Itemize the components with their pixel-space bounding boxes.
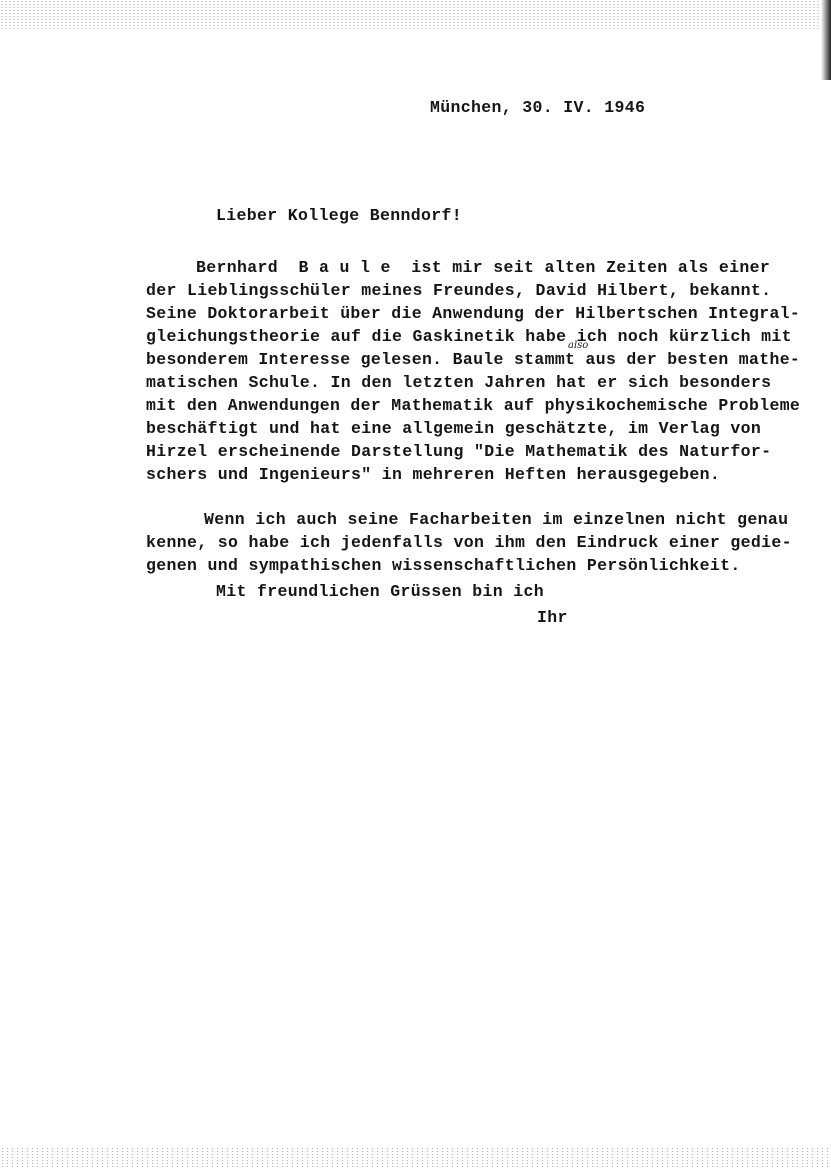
text-line: Seine Doktorarbeit über die Anwendung de… [146, 304, 800, 324]
text-line: Wenn ich auch seine Facharbeiten im einz… [204, 510, 788, 530]
signoff: Ihr [537, 608, 568, 628]
text-line: besonderem Interesse gelesen. Baule stam… [146, 350, 800, 370]
text-line: gleichungstheorie auf die Gaskinetik hab… [146, 327, 792, 347]
text-line: beschäftigt und hat eine allgemein gesch… [146, 419, 761, 439]
text-line: genen und sympathischen wissenschaftlich… [146, 556, 741, 576]
handwritten-correction: also [568, 340, 588, 351]
text-line: der Lieblingsschüler meines Freundes, Da… [146, 281, 771, 301]
closing: Mit freundlichen Grüssen bin ich [216, 582, 544, 602]
text-line: mit den Anwendungen der Mathematik auf p… [146, 396, 800, 416]
scan-noise-top [0, 0, 831, 30]
text-line: kenne, so habe ich jedenfalls von ihm de… [146, 533, 792, 553]
dateline: München, 30. IV. 1946 [430, 98, 645, 118]
text-line: Bernhard B a u l e ist mir seit alten Ze… [196, 258, 770, 278]
text-line: Hirzel erscheinende Darstellung "Die Mat… [146, 442, 771, 462]
salutation: Lieber Kollege Benndorf! [216, 206, 462, 226]
scan-noise-bottom [0, 1147, 831, 1169]
text-line: matischen Schule. In den letzten Jahren … [146, 373, 771, 393]
text-line: schers und Ingenieurs" in mehreren Hefte… [146, 465, 720, 485]
letter-page: München, 30. IV. 1946 Lieber Kollege Ben… [0, 0, 831, 1169]
scan-edge-shadow [821, 0, 831, 80]
